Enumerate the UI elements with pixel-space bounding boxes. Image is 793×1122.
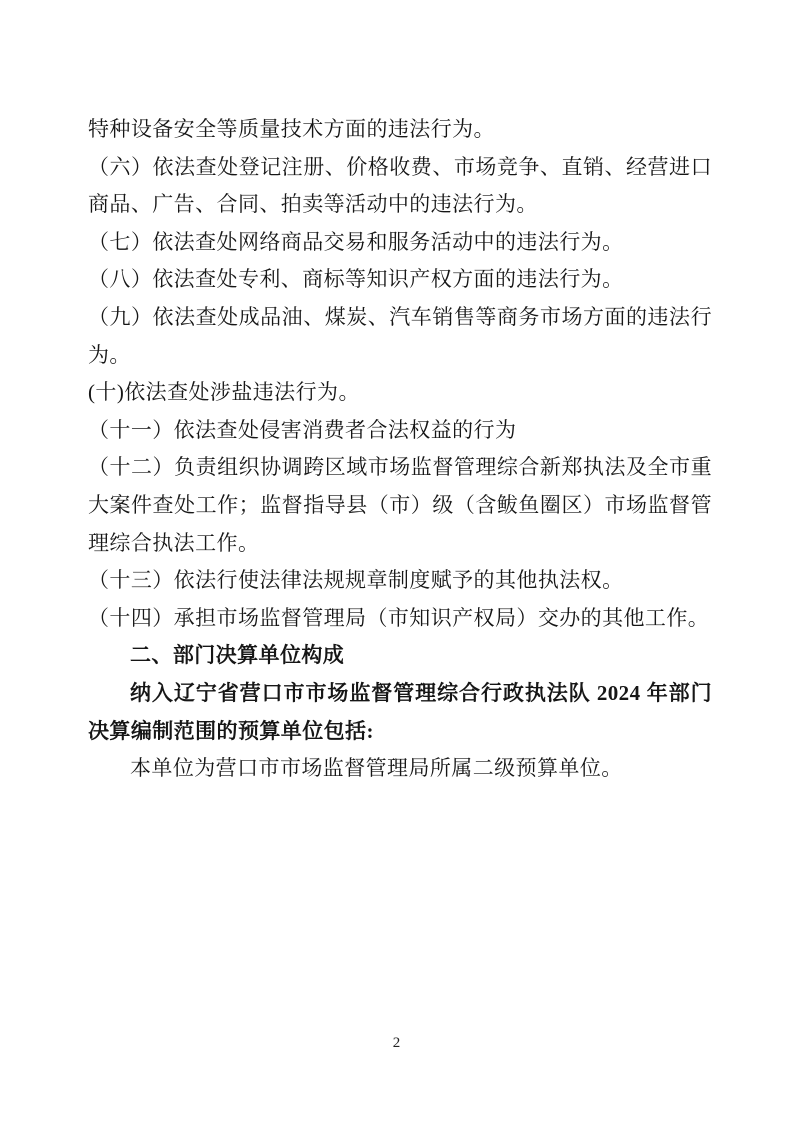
budget-unit-paragraph: 本单位为营口市市场监督管理局所属二级预算单位。	[88, 750, 712, 788]
section-heading-2: 二、部门决算单位构成	[88, 637, 712, 675]
item-10: (十)依法查处涉盐违法行为。	[88, 374, 712, 412]
item-7: （七）依法查处网络商品交易和服务活动中的违法行为。	[88, 224, 712, 262]
budget-scope-paragraph: 纳入辽宁省营口市市场监督管理综合行政执法队 2024 年部门决算编制范围的预算单…	[88, 675, 712, 750]
item-8: （八）依法查处专利、商标等知识产权方面的违法行为。	[88, 261, 712, 299]
item-12: （十二）负责组织协调跨区域市场监督管理综合新郑执法及全市重大案件查处工作；监督指…	[88, 449, 712, 562]
item-11: （十一）依法查处侵害消费者合法权益的行为	[88, 412, 712, 450]
item-14: （十四）承担市场监督管理局（市知识产权局）交办的其他工作。	[88, 600, 712, 638]
page-number: 2	[0, 1035, 793, 1052]
item-6: （六）依法查处登记注册、价格收费、市场竞争、直销、经营进口商品、广告、合同、拍卖…	[88, 149, 712, 224]
item-13: （十三）依法行使法律法规规章制度赋予的其他执法权。	[88, 562, 712, 600]
document-page: 特种设备安全等质量技术方面的违法行为。 （六）依法查处登记注册、价格收费、市场竞…	[0, 0, 793, 1122]
paragraph-continuation: 特种设备安全等质量技术方面的违法行为。	[88, 111, 712, 149]
document-body: 特种设备安全等质量技术方面的违法行为。 （六）依法查处登记注册、价格收费、市场竞…	[88, 111, 712, 788]
item-9: （九）依法查处成品油、煤炭、汽车销售等商务市场方面的违法行为。	[88, 299, 712, 374]
